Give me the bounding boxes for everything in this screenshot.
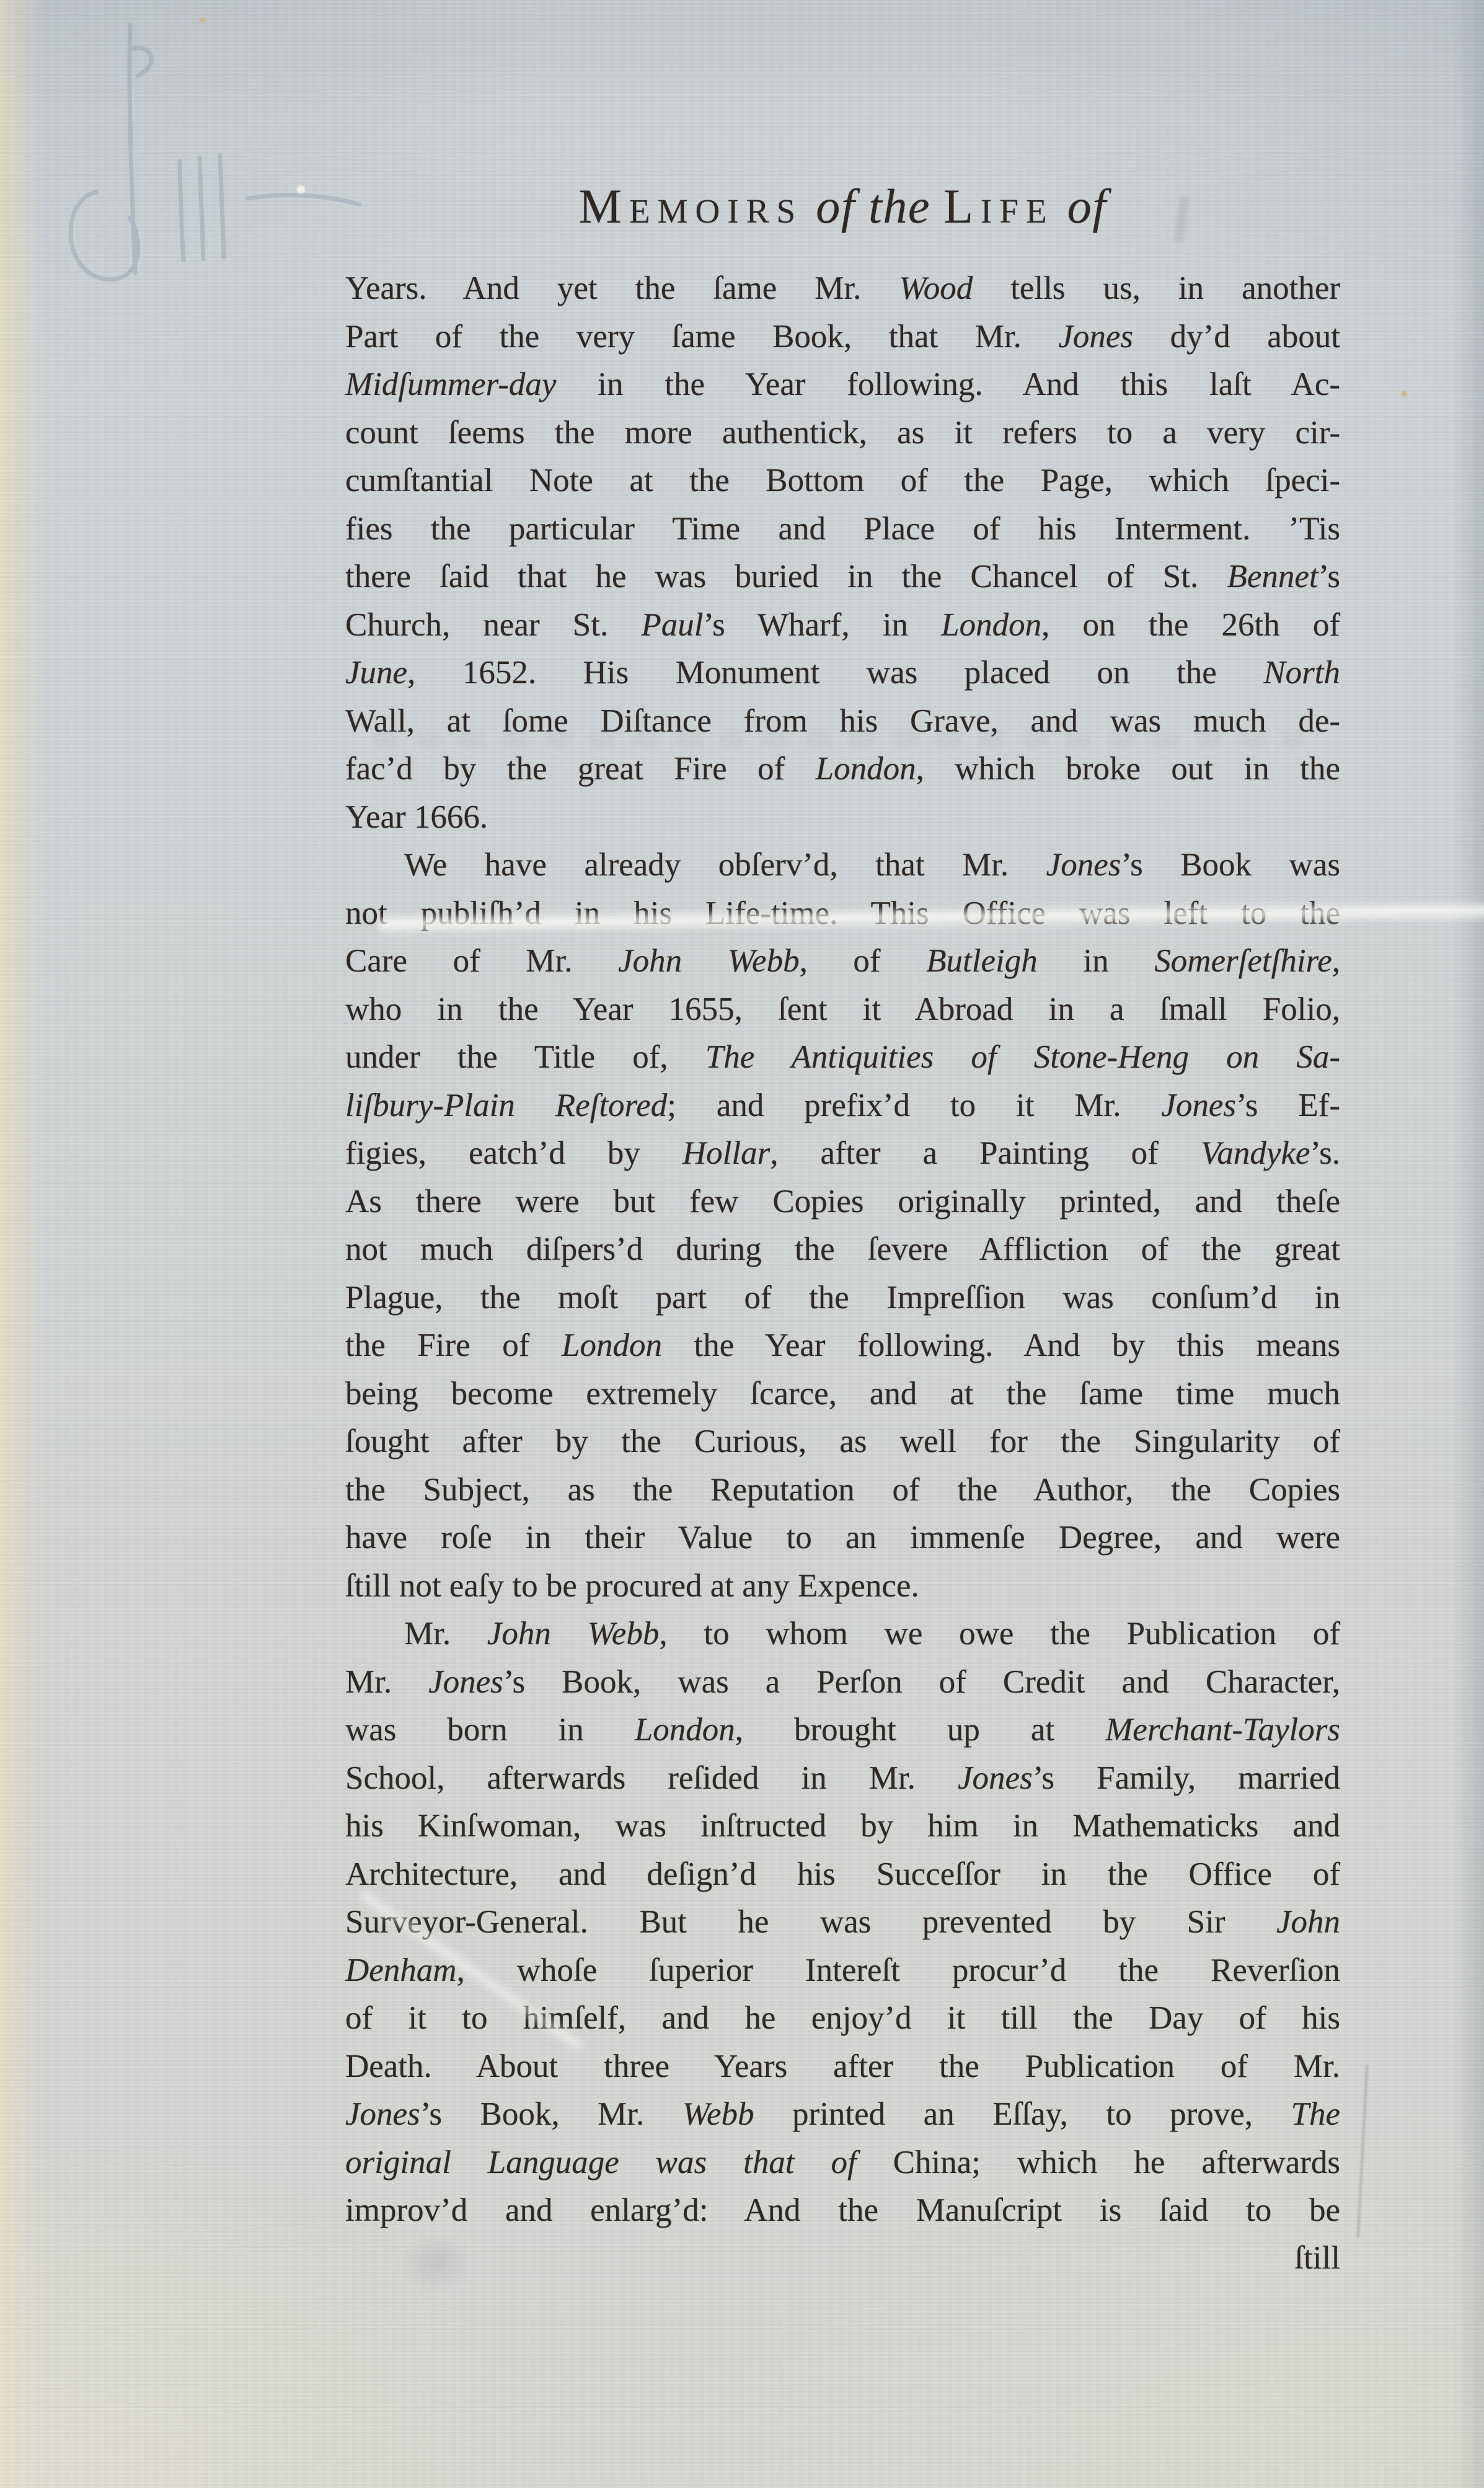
text-segment: who in the Year 1655, ſent it Abroad in … bbox=[345, 991, 1340, 1027]
text-segment: under the Title of, bbox=[345, 1039, 705, 1075]
paper-scratch bbox=[1357, 2065, 1369, 2238]
smallcaps-segment: Life bbox=[943, 179, 1054, 233]
italic-segment: Jones bbox=[1046, 847, 1121, 883]
text-segment: fac’d by the great Fire of bbox=[345, 751, 816, 787]
italic-segment: Somerſetſhire bbox=[1154, 943, 1332, 979]
text-segment: , which broke out in the bbox=[916, 751, 1340, 787]
text-segment: Wall, at ſome Diſtance from his Grave, a… bbox=[345, 703, 1340, 739]
text-line: ſtill not eaſy to be procured at any Exp… bbox=[345, 1562, 1340, 1611]
text-segment: of it to himſelf, and he enjoy’d it till… bbox=[345, 2000, 1340, 2036]
italic-segment: North bbox=[1263, 655, 1340, 691]
text-line: fies the particular Time and Place of hi… bbox=[345, 505, 1340, 554]
text-line: Care of Mr. John Webb, of Butleigh in So… bbox=[345, 937, 1340, 986]
text-segment: School, afterwards reſided in Mr. bbox=[345, 1760, 958, 1796]
text-segment: , bbox=[1332, 943, 1340, 979]
text-line: Denham, whoſe ſuperior Intereſt procur’d… bbox=[345, 1947, 1340, 1995]
text-line: the Subject, as the Reputation of the Au… bbox=[345, 1466, 1340, 1515]
text-segment: the Fire of bbox=[345, 1327, 562, 1363]
italic-segment: Denham bbox=[345, 1952, 457, 1988]
catchword: ſtill bbox=[1294, 2240, 1340, 2276]
text-segment: We have already obſerv’d, that Mr. bbox=[404, 847, 1046, 883]
text-line: June, 1652. His Monument was placed on t… bbox=[345, 649, 1340, 697]
italic-segment: The bbox=[1291, 2096, 1341, 2132]
text-segment: ſtill not eaſy to be procured at any Exp… bbox=[345, 1568, 919, 1604]
text-line: We have already obſerv’d, that Mr. Jones… bbox=[345, 841, 1340, 890]
text-segment: , brought up at bbox=[735, 1712, 1105, 1748]
text-segment: ’s Ef- bbox=[1236, 1087, 1340, 1123]
text-segment: , on the 26th of bbox=[1041, 607, 1340, 643]
text-segment: Years. And yet the ſame Mr. bbox=[345, 270, 899, 306]
italic-segment: Wood bbox=[899, 270, 973, 306]
text-segment: have roſe in their Value to an immenſe D… bbox=[345, 1520, 1340, 1556]
text-segment: Surveyor-General. But he was prevented b… bbox=[345, 1904, 1276, 1940]
text-line: his Kinſwoman, was inſtructed by him in … bbox=[345, 1802, 1340, 1851]
italic-segment: Bennet bbox=[1227, 559, 1318, 595]
book-page-scan: Memoirs of the Life of Years. And yet th… bbox=[0, 0, 1484, 2488]
text-segment: printed an Eſſay, to prove, bbox=[754, 2096, 1291, 2132]
text-segment: not publiſh’d in his Life-time. This Off… bbox=[345, 895, 1340, 931]
text-segment: count ſeems the more authentick, as it r… bbox=[345, 415, 1340, 451]
text-line: being become extremely ſcarce, and at th… bbox=[345, 1370, 1340, 1419]
text-line: was born in London, brought up at Mercha… bbox=[345, 1706, 1340, 1755]
text-line: not much diſpers’d during the ſevere Aff… bbox=[345, 1226, 1340, 1274]
text-line: original Language was that of China; whi… bbox=[345, 2139, 1340, 2187]
text-segment: his Kinſwoman, was inſtructed by him in … bbox=[345, 1808, 1340, 1844]
text-segment: , of bbox=[800, 943, 927, 979]
text-line: liſbury-Plain Reſtored; and prefix’d to … bbox=[345, 1082, 1340, 1130]
paragraph: Mr. John Webb, to whom we owe the Public… bbox=[345, 1610, 1340, 2235]
running-header: Memoirs of the Life of bbox=[345, 179, 1340, 234]
catchword-row: ſtill bbox=[345, 2234, 1340, 2282]
text-segment: Mr. bbox=[404, 1616, 487, 1652]
paper-stain bbox=[1401, 391, 1407, 397]
italic-segment: John Webb bbox=[487, 1616, 660, 1652]
italic-segment: Jones bbox=[428, 1664, 503, 1700]
italic-segment: John Webb bbox=[618, 943, 799, 979]
italic-segment: Hollar bbox=[682, 1135, 770, 1171]
text-segment: being become extremely ſcarce, and at th… bbox=[345, 1376, 1340, 1412]
text-line: fac’d by the great Fire of London, which… bbox=[345, 745, 1340, 794]
text-line: figies, eatch’d by Hollar, after a Paint… bbox=[345, 1130, 1340, 1178]
text-segment: ’s. bbox=[1310, 1135, 1340, 1171]
text-line: Years. And yet the ſame Mr. Wood tells u… bbox=[345, 265, 1340, 313]
text-segment: ſought after by the Curious, as well for… bbox=[345, 1423, 1340, 1459]
italic-segment: original Language was that of bbox=[345, 2145, 857, 2180]
text-line: ſought after by the Curious, as well for… bbox=[345, 1418, 1340, 1466]
text-line: count ſeems the more authentick, as it r… bbox=[345, 409, 1340, 458]
text-line: of it to himſelf, and he enjoy’d it till… bbox=[345, 1994, 1340, 2043]
text-segment: Part of the very ſame Book, that Mr. bbox=[345, 319, 1058, 355]
text-segment: Mr. bbox=[345, 1664, 428, 1700]
text-line: cumſtantial Note at the Bottom of the Pa… bbox=[345, 457, 1340, 505]
text-segment: ’s Family, married bbox=[1033, 1760, 1340, 1796]
text-line: As there were but few Copies originally … bbox=[345, 1178, 1340, 1226]
text-segment: in the Year following. And this laſt Ac- bbox=[556, 366, 1340, 402]
italic-segment: Jones bbox=[345, 2096, 420, 2132]
italic-segment: Butleigh bbox=[926, 943, 1038, 979]
italic-segment: Jones bbox=[1058, 319, 1133, 355]
text-line: Death. About three Years after the Publi… bbox=[345, 2043, 1340, 2091]
text-line: improv’d and enlarg’d: And the Manuſcrip… bbox=[345, 2187, 1340, 2235]
text-segment: the Year following. And by this means bbox=[662, 1327, 1340, 1363]
italic-segment: liſbury-Plain Reſtored bbox=[345, 1087, 667, 1123]
text-segment: improv’d and enlarg’d: And the Manuſcrip… bbox=[345, 2192, 1340, 2228]
text-segment: in bbox=[1038, 943, 1154, 979]
text-segment: Year 1666. bbox=[345, 799, 488, 835]
text-segment: ’s Book, was a Perſon of Credit and Char… bbox=[503, 1664, 1340, 1700]
italic-segment: Jones bbox=[1161, 1087, 1236, 1123]
text-segment: Death. About three Years after the Publi… bbox=[345, 2048, 1340, 2084]
text-line: Mr. Jones’s Book, was a Perſon of Credit… bbox=[345, 1658, 1340, 1707]
italic-segment: Vandyke bbox=[1201, 1135, 1310, 1171]
text-segment: was born in bbox=[345, 1712, 635, 1748]
text-segment: ’s bbox=[1318, 559, 1340, 595]
paper-speck bbox=[297, 185, 305, 193]
text-line: not publiſh’d in his Life-time. This Off… bbox=[345, 890, 1340, 938]
paragraph: Years. And yet the ſame Mr. Wood tells u… bbox=[345, 265, 1340, 841]
text-segment: there ſaid that he was buried in the Cha… bbox=[345, 559, 1227, 595]
text-segment: China; which he afterwards bbox=[857, 2145, 1340, 2180]
text-line: there ſaid that he was buried in the Cha… bbox=[345, 553, 1340, 601]
text-segment: cumſtantial Note at the Bottom of the Pa… bbox=[345, 463, 1340, 498]
italic-segment: Merchant-Taylors bbox=[1105, 1712, 1340, 1748]
text-segment: , after a Painting of bbox=[770, 1135, 1201, 1171]
italic-segment: The Antiquities of Stone-Heng on Sa- bbox=[705, 1039, 1340, 1075]
italic-segment: John bbox=[1276, 1904, 1340, 1940]
text-line: Church, near St. Paul’s Wharf, in London… bbox=[345, 601, 1340, 650]
text-line: Wall, at ſome Diſtance from his Grave, a… bbox=[345, 697, 1340, 746]
text-line: Year 1666. bbox=[345, 794, 1340, 842]
italic-segment: London bbox=[816, 751, 916, 787]
italic-segment: London bbox=[635, 1712, 735, 1748]
text-block: Years. And yet the ſame Mr. Wood tells u… bbox=[345, 265, 1340, 2235]
text-line: Plague, the moſt part of the Impreſſion … bbox=[345, 1274, 1340, 1322]
text-segment: fies the particular Time and Place of hi… bbox=[345, 511, 1340, 547]
text-line: under the Title of, The Antiquities of S… bbox=[345, 1034, 1340, 1082]
text-segment: dy’d about bbox=[1133, 319, 1340, 355]
italic-segment: of the bbox=[803, 179, 943, 233]
text-segment: ’s Wharf, in bbox=[703, 607, 941, 643]
italic-segment: Paul bbox=[641, 607, 703, 643]
italic-segment: Jones bbox=[958, 1760, 1033, 1796]
text-line: School, afterwards reſided in Mr. Jones’… bbox=[345, 1755, 1340, 1803]
paragraph: We have already obſerv’d, that Mr. Jones… bbox=[345, 841, 1340, 1610]
text-segment: Care of Mr. bbox=[345, 943, 618, 979]
italic-segment: Webb bbox=[682, 2096, 754, 2132]
paper-stain bbox=[200, 17, 205, 23]
text-line: Midſummer-day in the Year following. And… bbox=[345, 361, 1340, 409]
text-segment: As there were but few Copies originally … bbox=[345, 1184, 1340, 1220]
italic-segment: London bbox=[941, 607, 1041, 643]
text-line: who in the Year 1655, ſent it Abroad in … bbox=[345, 986, 1340, 1034]
text-line: Mr. John Webb, to whom we owe the Public… bbox=[345, 1610, 1340, 1658]
text-segment: , 1652. His Monument was placed on the bbox=[407, 655, 1263, 691]
text-segment: ; and prefix’d to it Mr. bbox=[667, 1087, 1161, 1123]
smallcaps-segment: Memoirs bbox=[578, 179, 803, 233]
text-segment: figies, eatch’d by bbox=[345, 1135, 682, 1171]
text-segment: Architecture, and deſign’d his Succeſſor… bbox=[345, 1856, 1340, 1892]
italic-segment: Midſummer-day bbox=[345, 366, 556, 402]
text-line: Architecture, and deſign’d his Succeſſor… bbox=[345, 1851, 1340, 1899]
italic-segment: June bbox=[345, 655, 407, 691]
text-segment: the Subject, as the Reputation of the Au… bbox=[345, 1472, 1340, 1508]
italic-segment: of bbox=[1054, 179, 1107, 233]
italic-segment: London bbox=[562, 1327, 662, 1363]
text-segment: , whoſe ſuperior Intereſt procur’d the R… bbox=[457, 1952, 1340, 1988]
text-segment: ’s Book, Mr. bbox=[420, 2096, 682, 2132]
text-segment: not much diſpers’d during the ſevere Aff… bbox=[345, 1231, 1340, 1267]
text-line: Part of the very ſame Book, that Mr. Jon… bbox=[345, 313, 1340, 361]
text-segment: ’s Book was bbox=[1121, 847, 1340, 883]
text-line: have roſe in their Value to an immenſe D… bbox=[345, 1514, 1340, 1562]
text-segment: Plague, the moſt part of the Impreſſion … bbox=[345, 1280, 1340, 1316]
text-line: Surveyor-General. But he was prevented b… bbox=[345, 1898, 1340, 1947]
text-segment: Church, near St. bbox=[345, 607, 641, 643]
text-line: Jones’s Book, Mr. Webb printed an Eſſay,… bbox=[345, 2091, 1340, 2139]
text-segment: tells us, in another bbox=[973, 270, 1340, 306]
text-segment: , to whom we owe the Publication of bbox=[659, 1616, 1340, 1652]
text-line: the Fire of London the Year following. A… bbox=[345, 1322, 1340, 1370]
